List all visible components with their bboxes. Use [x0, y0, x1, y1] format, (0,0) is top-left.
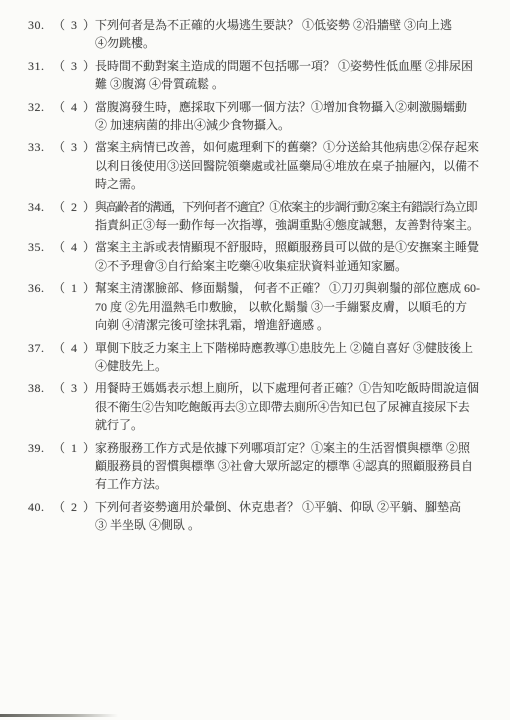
scan-edge-artifact — [0, 714, 118, 717]
question-text: 幫案主清潔臉部、修面鬍鬚， 何者不正確？ ①刀刃與剃鬚的部位應成 60- 70 … — [95, 279, 492, 334]
question-line: 下列何者姿勢適用於暈倒、休克患者？ ①平躺、仰臥 ②平躺、腳墊高 — [95, 498, 492, 516]
question-34: 34. （ 2 ） 與高齡者的溝通，下列何者不適宜？①依案主的步調行動②案主有錯… — [28, 198, 492, 235]
question-text: 下列何者是為不正確的火場逃生要訣？ ①低姿勢 ②沿牆壁 ③向上逃 ④勿跳樓。 — [95, 16, 492, 53]
question-line: 有工作方法。 — [95, 475, 492, 493]
question-number: 38. — [28, 379, 45, 397]
question-line: ② 加速病菌的排出④減少食物攝入。 — [95, 116, 492, 134]
question-line: ②不予理會③自行給案主吃藥④收集症狀資料並通知家屬。 — [95, 257, 492, 275]
exam-page: 30. （ 3 ） 下列何者是為不正確的火場逃生要訣？ ①低姿勢 ②沿牆壁 ③向… — [0, 0, 510, 720]
answer-key: （ 3 ） — [53, 379, 97, 397]
question-36: 36. （ 1 ） 幫案主清潔臉部、修面鬍鬚， 何者不正確？ ①刀刃與剃鬚的部位… — [28, 279, 492, 334]
question-line: 顧服務員的習慣與標準 ③社會大眾所認定的標準 ④認真的照顧服務員自 — [95, 457, 492, 475]
question-text: 與高齡者的溝通，下列何者不適宜？①依案主的步調行動②案主有錯誤行為立即 指責糾正… — [95, 198, 492, 235]
question-text: 當案主病情已改善，如何處理剩下的舊藥？①分送給其他病患②保存起來 以利日後使用③… — [95, 138, 492, 193]
question-line: ④健肢先上。 — [95, 357, 492, 375]
question-line: 家務服務工作方式是依據下列哪項訂定？①案主的生活習慣與標準 ②照 — [95, 439, 492, 457]
question-text: 單側下肢乏力案主上下階梯時應教導①患肢先上 ②隨自喜好 ③健肢後上 ④健肢先上。 — [95, 339, 492, 376]
answer-key: （ 3 ） — [53, 138, 97, 156]
answer-key: （ 3 ） — [53, 57, 97, 75]
question-number: 31. — [28, 57, 45, 75]
question-number: 36. — [28, 279, 45, 297]
question-30: 30. （ 3 ） 下列何者是為不正確的火場逃生要訣？ ①低姿勢 ②沿牆壁 ③向… — [28, 16, 492, 53]
answer-key: （ 4 ） — [53, 238, 97, 256]
question-text: 當案主主訴或表情顯現不舒服時，照顧服務員可以做的是①安撫案主睡覺 ②不予理會③自… — [95, 238, 492, 275]
question-line: 用餐時王媽媽表示想上廁所，以下處理何者正確？①告知吃飯時間說這個 — [95, 379, 492, 397]
question-line: 向剃 ④清潔完後可塗抹乳霜，增進舒適感 。 — [95, 316, 492, 334]
question-line: 時之需。 — [95, 175, 492, 193]
question-number: 30. — [28, 16, 45, 34]
question-line: 幫案主清潔臉部、修面鬍鬚， 何者不正確？ ①刀刃與剃鬚的部位應成 60- — [95, 279, 492, 297]
question-line: 很不衛生②告知吃飽飯再去③立即帶去廁所④告知已包了尿褲直接尿下去 — [95, 398, 492, 416]
question-number: 35. — [28, 238, 45, 256]
question-31: 31. （ 3 ） 長時間不動對案主造成的問題不包括哪一項？ ①姿勢性低血壓 ②… — [28, 57, 492, 94]
question-number: 34. — [28, 198, 45, 216]
answer-key: （ 2 ） — [53, 198, 97, 216]
question-text: 長時間不動對案主造成的問題不包括哪一項？ ①姿勢性低血壓 ②排尿困 難 ③腹瀉 … — [95, 57, 492, 94]
answer-key: （ 4 ） — [53, 339, 97, 357]
question-text: 下列何者姿勢適用於暈倒、休克患者？ ①平躺、仰臥 ②平躺、腳墊高 ③ 半坐臥 ④… — [95, 498, 492, 535]
question-line: 就行了。 — [95, 416, 492, 434]
answer-key: （ 2 ） — [53, 498, 97, 516]
question-38: 38. （ 3 ） 用餐時王媽媽表示想上廁所，以下處理何者正確？①告知吃飯時間說… — [28, 379, 492, 434]
question-text: 用餐時王媽媽表示想上廁所，以下處理何者正確？①告知吃飯時間說這個 很不衛生②告知… — [95, 379, 492, 434]
question-number: 39. — [28, 439, 45, 457]
question-37: 37. （ 4 ） 單側下肢乏力案主上下階梯時應教導①患肢先上 ②隨自喜好 ③健… — [28, 339, 492, 376]
question-line: 下列何者是為不正確的火場逃生要訣？ ①低姿勢 ②沿牆壁 ③向上逃 — [95, 16, 492, 34]
answer-key: （ 4 ） — [53, 98, 97, 116]
question-number: 32. — [28, 98, 45, 116]
question-33: 33. （ 3 ） 當案主病情已改善，如何處理剩下的舊藥？①分送給其他病患②保存… — [28, 138, 492, 193]
question-39: 39. （ 1 ） 家務服務工作方式是依據下列哪項訂定？①案主的生活習慣與標準 … — [28, 439, 492, 494]
question-line: 當案主病情已改善，如何處理剩下的舊藥？①分送給其他病患②保存起來 — [95, 138, 492, 156]
question-line: 當案主主訴或表情顯現不舒服時，照顧服務員可以做的是①安撫案主睡覺 — [95, 238, 492, 256]
question-line: 70 度 ②先用溫熱毛巾敷臉， 以軟化鬍鬚 ③一手繃緊皮膚，以順毛的方 — [95, 298, 492, 316]
question-32: 32. （ 4 ） 當腹瀉發生時，應採取下列哪一個方法？①增加食物攝入②刺激腸蠕… — [28, 98, 492, 135]
answer-key: （ 1 ） — [53, 279, 97, 297]
question-line: 以利日後使用③送回醫院領藥處或社區藥局④堆放在桌子抽屜內，以備不 — [95, 157, 492, 175]
answer-key: （ 1 ） — [53, 439, 97, 457]
question-line: 與高齡者的溝通，下列何者不適宜？①依案主的步調行動②案主有錯誤行為立即 — [95, 198, 492, 216]
question-line: 難 ③腹瀉 ④骨質疏鬆 。 — [95, 75, 492, 93]
question-line: 單側下肢乏力案主上下階梯時應教導①患肢先上 ②隨自喜好 ③健肢後上 — [95, 339, 492, 357]
question-number: 40. — [28, 498, 45, 516]
answer-key: （ 3 ） — [53, 16, 97, 34]
question-line: ④勿跳樓。 — [95, 34, 492, 52]
question-number: 37. — [28, 339, 45, 357]
question-line: 指責糾正③每一動作每一次指導，強調重點④態度誠懇，友善對待案主。 — [95, 216, 492, 234]
question-line: 長時間不動對案主造成的問題不包括哪一項？ ①姿勢性低血壓 ②排尿困 — [95, 57, 492, 75]
question-line: ③ 半坐臥 ④側臥 。 — [95, 516, 492, 534]
question-number: 33. — [28, 138, 45, 156]
question-35: 35. （ 4 ） 當案主主訴或表情顯現不舒服時，照顧服務員可以做的是①安撫案主… — [28, 238, 492, 275]
question-text: 家務服務工作方式是依據下列哪項訂定？①案主的生活習慣與標準 ②照 顧服務員的習慣… — [95, 439, 492, 494]
question-40: 40. （ 2 ） 下列何者姿勢適用於暈倒、休克患者？ ①平躺、仰臥 ②平躺、腳… — [28, 498, 492, 535]
question-line: 當腹瀉發生時，應採取下列哪一個方法？①增加食物攝入②刺激腸蠕動 — [95, 98, 492, 116]
question-text: 當腹瀉發生時，應採取下列哪一個方法？①增加食物攝入②刺激腸蠕動 ② 加速病菌的排… — [95, 98, 492, 135]
